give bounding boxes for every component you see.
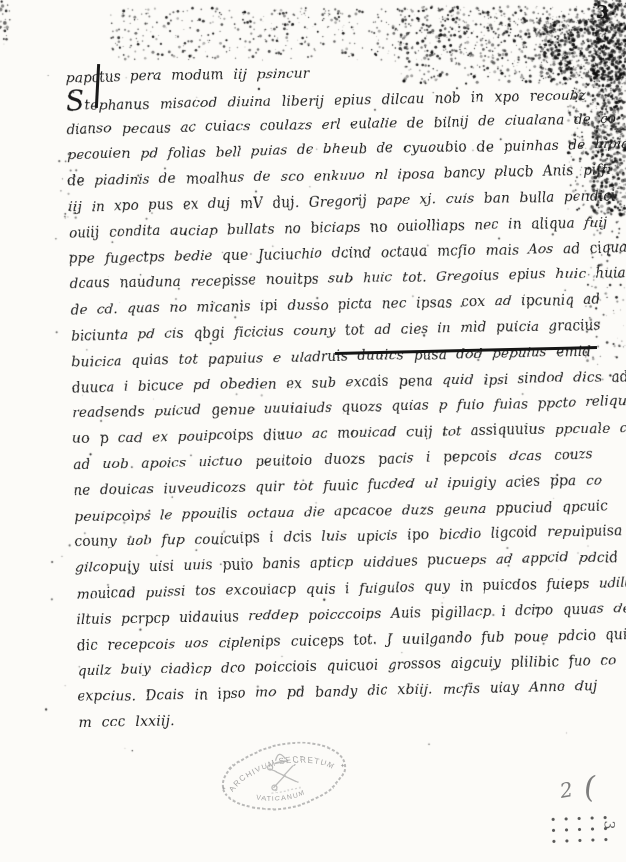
stamp-top-text: ARCHIVUM SECRETUM: [223, 747, 338, 795]
manuscript-page: 3 papctus pera modum iij psincur Stephan…: [0, 0, 626, 862]
manuscript-text-block: papctus pera modum iij psincur Stephanus…: [65, 56, 598, 737]
manuscript-line: m ccc lxxiij.: [78, 708, 208, 736]
stamp-star-icon: ✦: [340, 762, 346, 770]
edge-number: 3: [600, 821, 616, 830]
pencil-mark-numeral: 2: [558, 777, 575, 803]
archive-stamp: ARCHIVUM SECRETUM VATICANUM ✦ ✦: [208, 733, 360, 819]
stamp-star-icon: ✦: [221, 785, 227, 793]
page-number: 3: [596, 2, 609, 23]
pencil-mark-paren: (: [582, 769, 598, 805]
